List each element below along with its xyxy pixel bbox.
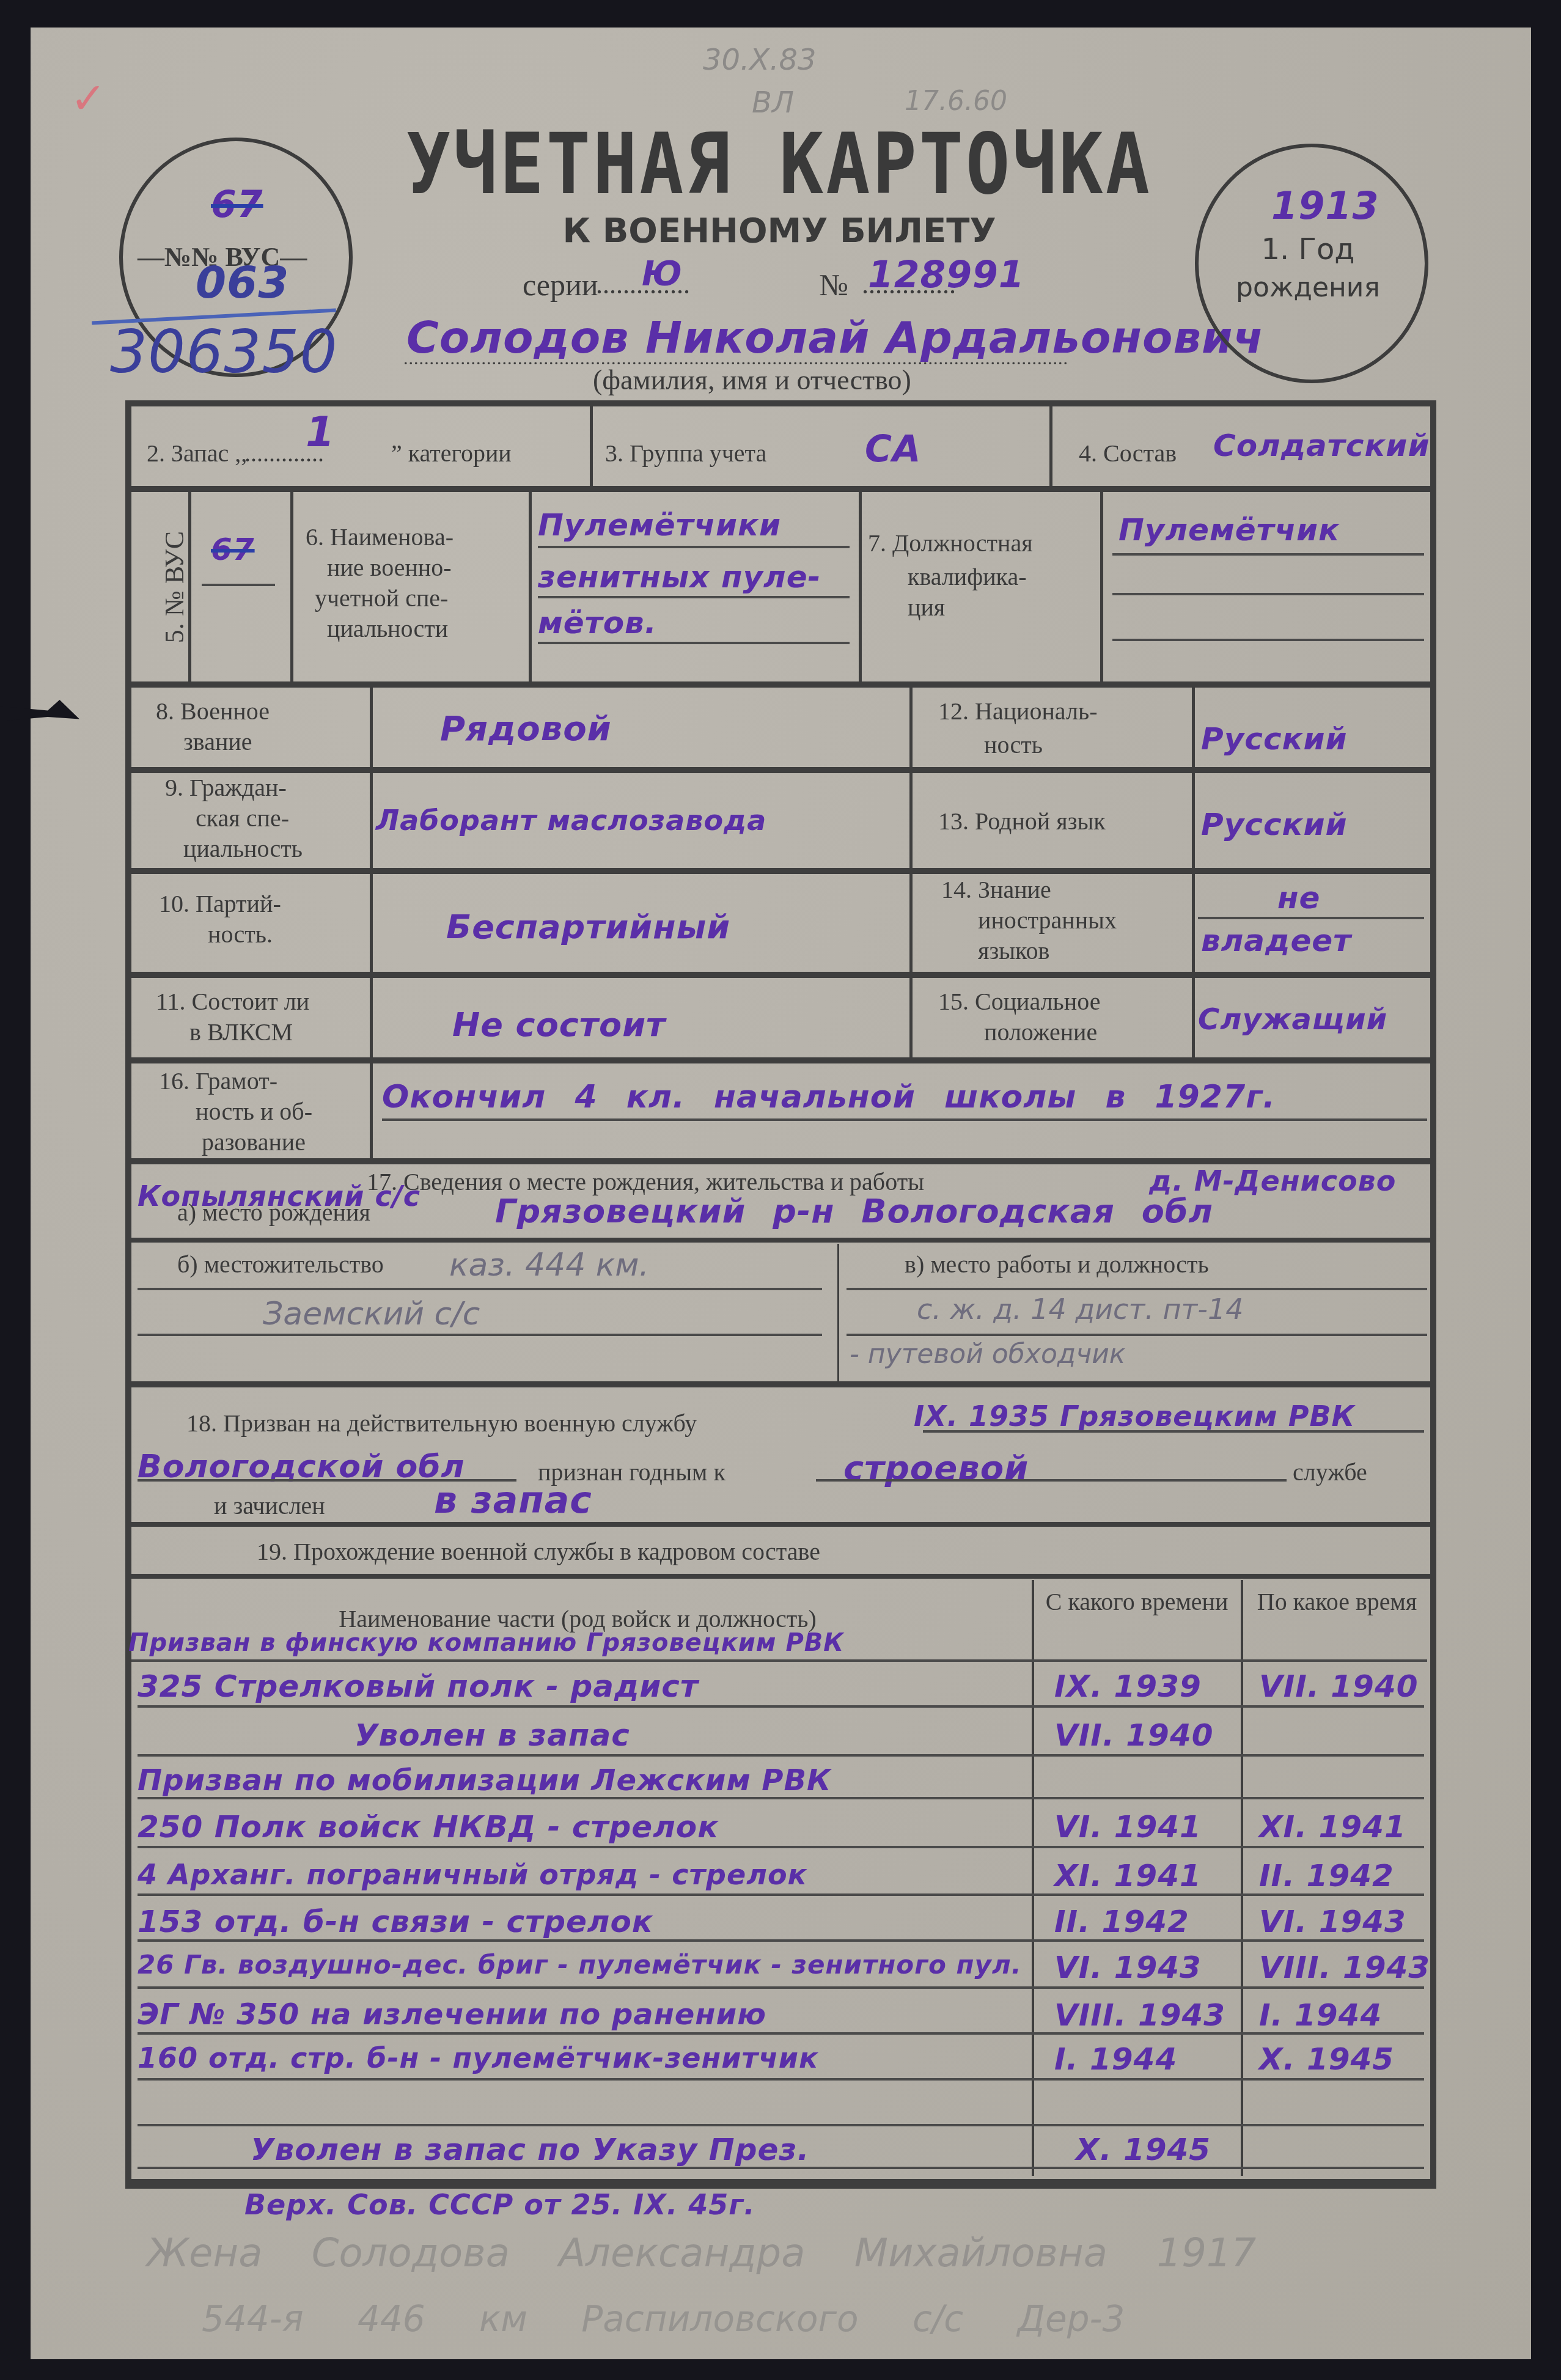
party-value: Беспартийный (446, 908, 730, 946)
social-status-label-1: 15. Социальное (938, 987, 1100, 1016)
underline (538, 642, 850, 644)
service-from: VI. 1941 (1054, 1809, 1202, 1845)
table-left-border (125, 400, 131, 2185)
birth-year-label-1: 1. Год (1216, 232, 1400, 266)
divider (370, 773, 373, 868)
reserve-label: 2. Запас ,, (147, 439, 247, 468)
divider (1192, 773, 1195, 868)
row-divider (131, 1381, 1430, 1387)
foreign-languages-label-3: языков (978, 936, 1049, 966)
row-divider (131, 1158, 1430, 1164)
series-label: серии (523, 267, 598, 303)
service-from: X. 1945 (1076, 2132, 1211, 2167)
specialty-label-1: 6. Наименова- (306, 523, 454, 552)
foreign-languages-label-1: 14. Знание (941, 875, 1051, 905)
column-header-from: С какого времени (1039, 1586, 1235, 1618)
divider (1100, 492, 1103, 681)
party-label-2: ность. (208, 920, 273, 949)
service-unit: Призван по мобилизации Лежским РВК (138, 1763, 831, 1798)
divider (370, 874, 373, 972)
underline (1112, 593, 1424, 595)
row-divider (131, 868, 1430, 874)
education-label-2: ность и об- (196, 1097, 312, 1126)
row-line (138, 1893, 1424, 1896)
foreign-languages-value-1: не (1277, 880, 1320, 916)
foreign-languages-label-2: иностранных (978, 906, 1117, 935)
composition-label: 4. Состав (1079, 439, 1177, 468)
service-to: II. 1942 (1259, 1858, 1394, 1893)
account-group-value: СА (865, 428, 921, 471)
service-unit: ЭГ № 350 на излечении по ранению (138, 1997, 766, 2032)
education-value: Окончил 4 кл. начальной школы в 1927г. (382, 1079, 1276, 1115)
divider (1192, 978, 1195, 1057)
specialty-label-3: учетной спе- (315, 584, 448, 613)
table-top-border (125, 400, 1436, 406)
row-line (138, 1705, 1424, 1708)
divider (909, 978, 913, 1057)
series-value: Ю (642, 254, 683, 293)
divider (1192, 688, 1195, 767)
service-unit: 153 отд. б-н связи - стрелок (138, 1904, 653, 1939)
divider (529, 492, 532, 681)
komsomol-label-2: в ВЛКСМ (189, 1018, 293, 1047)
underline (847, 1334, 1427, 1336)
stamp-crossed-value: 67 (211, 183, 263, 226)
nationality-label-2: ность (984, 730, 1043, 760)
underline (1112, 553, 1424, 556)
column-divider (1241, 1580, 1243, 2176)
service-unit: Уволен в запас (354, 1717, 630, 1753)
social-status-value: Служащий (1198, 1002, 1387, 1037)
red-check-mark-icon: ✓ (70, 73, 106, 123)
row-line (138, 1939, 1424, 1942)
residence-value-1: каз. 444 км. (449, 1247, 649, 1284)
underline (138, 1288, 822, 1290)
divider (1049, 406, 1052, 486)
reserve-value: 1 (306, 408, 335, 457)
rank-label-1: 8. Военное (156, 697, 270, 726)
row-divider (131, 1522, 1430, 1527)
underline (1112, 639, 1424, 641)
card-subtitle: К ВОЕННОМУ БИЛЕТУ (489, 211, 1070, 251)
section18-label: 18. Призван на действительную военную сл… (186, 1409, 697, 1438)
qualification-label-1: 7. Должностная (868, 529, 1033, 558)
residence-label: б) местожительство (177, 1250, 384, 1279)
divider (859, 492, 862, 681)
divider (1192, 874, 1195, 972)
service-unit: 160 отд. стр. б-н - пулемётчик-зенитчик (138, 2041, 818, 2074)
divider (290, 492, 293, 681)
row-divider (131, 1659, 1427, 1662)
foreign-languages-value-2: владеет (1201, 923, 1351, 958)
divider (909, 874, 913, 972)
divider (370, 1063, 373, 1158)
row-divider (131, 681, 1430, 688)
underline (847, 1288, 1427, 1290)
party-label-1: 10. Партий- (159, 889, 281, 919)
row-divider (131, 1238, 1430, 1243)
row-divider (131, 1057, 1430, 1063)
underline (538, 596, 850, 598)
native-language-label: 13. Родной язык (938, 807, 1106, 836)
composition-value: Солдатский (1213, 428, 1430, 463)
divider (590, 406, 593, 486)
service-to: I. 1944 (1259, 1997, 1382, 2033)
education-label-1: 16. Грамот- (159, 1067, 277, 1096)
divider (370, 688, 373, 767)
residence-value-2: Заемский с/с (263, 1296, 480, 1332)
row-divider (131, 767, 1430, 773)
row-divider (131, 1574, 1430, 1579)
fit-value: строевой (843, 1449, 1029, 1488)
service-from: XI. 1941 (1054, 1858, 1202, 1893)
table-right-border (1430, 400, 1436, 2185)
number-value: 128991 (868, 254, 1025, 296)
service-to: X. 1945 (1259, 2041, 1394, 2077)
work-value-1: с. ж. д. 14 дист. пт-14 (917, 1293, 1243, 1326)
enrolled-label: и зачислен (214, 1491, 325, 1521)
work-value-2: - путевой обходчик (850, 1339, 1125, 1370)
column-header-to: По какое время (1247, 1586, 1427, 1618)
service-to: VIII. 1943 (1259, 1950, 1430, 1985)
row-line (138, 1986, 1424, 1989)
social-status-label-2: положение (984, 1018, 1097, 1047)
underline (538, 546, 850, 548)
table-bottom-border (125, 2179, 1436, 2189)
divider (837, 1244, 839, 1381)
account-group-label: 3. Группа учета (605, 439, 766, 468)
civil-specialty-value: Лаборант маслозавода (376, 804, 766, 837)
underline (816, 1479, 1287, 1482)
nationality-label-1: 12. Националь- (938, 697, 1098, 726)
specialty-value-3: мётов. (538, 605, 657, 641)
pencil-footer-line-1: Жена Солодова Александра Михайловна 1917 (147, 2231, 1256, 2276)
card-title: УЧЕТНАЯ КАРТОЧКА (367, 116, 1192, 214)
row-line (138, 1754, 1424, 1757)
komsomol-value: Не состоит (452, 1005, 666, 1044)
service-from: I. 1944 (1054, 2041, 1177, 2077)
native-language-value: Русский (1201, 807, 1348, 842)
divider (188, 492, 191, 681)
underline (923, 1430, 1424, 1433)
birthplace-value: Грязовецкий р-н Вологодская обл (495, 1192, 1213, 1230)
service-from: VII. 1940 (1054, 1717, 1213, 1753)
column-divider (1032, 1580, 1034, 2176)
section18-value-1: IX. 1935 Грязовецким РВК (914, 1400, 1355, 1433)
pencil-footer-line-2: 544-я 446 км Распиловского с/с Дер-3 (202, 2298, 1125, 2340)
specialty-value-2: зенитных пуле- (538, 559, 821, 595)
full-name-caption: (фамилия, имя и отчество) (593, 364, 911, 396)
service-unit: 26 Гв. воздушно-дес. бриг - пулемётчик -… (138, 1950, 1022, 1980)
divider (909, 773, 913, 868)
reserve-suffix: ” категории (391, 439, 512, 468)
service-from: VI. 1943 (1054, 1950, 1202, 1985)
komsomol-label-1: 11. Состоит ли (156, 987, 309, 1016)
vus-underline (202, 584, 275, 586)
service-to: XI. 1941 (1259, 1809, 1406, 1845)
pencil-note-initials: ВЛ (752, 86, 794, 120)
birthplace-label: а) место рождения (177, 1198, 370, 1227)
divider (909, 688, 913, 767)
nationality-value: Русский (1201, 721, 1348, 757)
section19-title: 19. Прохождение военной службы в кадрово… (257, 1537, 820, 1566)
stamp-value: 063 (196, 257, 289, 308)
row-divider (131, 486, 1430, 492)
vus-value: 67 (211, 532, 255, 567)
work-label: в) место работы и должность (905, 1250, 1209, 1279)
service-to: VII. 1940 (1259, 1669, 1418, 1704)
underline (1198, 917, 1424, 919)
enrolled-value: в запас (434, 1479, 592, 1522)
underline (382, 1118, 1427, 1121)
specialty-label-2: ние военно- (327, 553, 452, 582)
qualification-label-2: квалифика- (908, 562, 1027, 592)
service-from: VIII. 1943 (1054, 1997, 1225, 2033)
row-line (138, 2078, 1424, 2081)
service-unit: 250 Полк войск НКВД - стрелок (138, 1809, 719, 1845)
service-label: службе (1293, 1458, 1367, 1487)
number-label: № (819, 267, 848, 303)
civil-specialty-label-1: 9. Граждан- (165, 773, 287, 803)
rank-label-2: звание (183, 727, 252, 757)
birth-year-value: 1913 (1271, 183, 1379, 228)
service-unit: 325 Стрелковый полк - радист (138, 1669, 699, 1704)
row-line (138, 2124, 1424, 2126)
service-from: IX. 1939 (1054, 1669, 1202, 1704)
vus-label: 5. № ВУС (159, 520, 190, 655)
education-label-3: разование (202, 1128, 306, 1157)
service-to: VI. 1943 (1259, 1904, 1406, 1939)
specialty-value-1: Пулемётчики (538, 507, 781, 543)
row-line (138, 2032, 1424, 2035)
specialty-label-4: циальности (327, 614, 448, 644)
civil-specialty-label-3: циальность (183, 834, 303, 864)
pencil-note-date: 30.X.83 (703, 43, 817, 77)
row-line (138, 1797, 1424, 1799)
qualification-value: Пулемётчик (1118, 512, 1340, 548)
divider (370, 978, 373, 1057)
service-from: II. 1942 (1054, 1904, 1189, 1939)
pencil-note-date2: 17.6.60 (905, 86, 1007, 117)
row-line (138, 1846, 1424, 1848)
birth-year-label-2: рождения (1216, 272, 1400, 303)
qualification-label-3: ция (908, 593, 945, 622)
service-unit: 4 Арханг. пограничный отряд - стрелок (138, 1858, 807, 1891)
underline (138, 1334, 822, 1336)
service-unit: Уволен в запас по Указу През. (251, 2132, 809, 2167)
rank-value: Рядовой (440, 709, 612, 749)
row-divider (131, 972, 1430, 978)
civil-specialty-label-2: ская спе- (196, 804, 289, 833)
service-header-note: Призван в финскую компанию Грязовецким Р… (128, 1629, 844, 1657)
service-footer-note: Верх. Сов. СССР от 25. IX. 45г. (244, 2188, 755, 2221)
stamp-below-number: 306350 (110, 318, 337, 386)
row-line (138, 2167, 1424, 2169)
